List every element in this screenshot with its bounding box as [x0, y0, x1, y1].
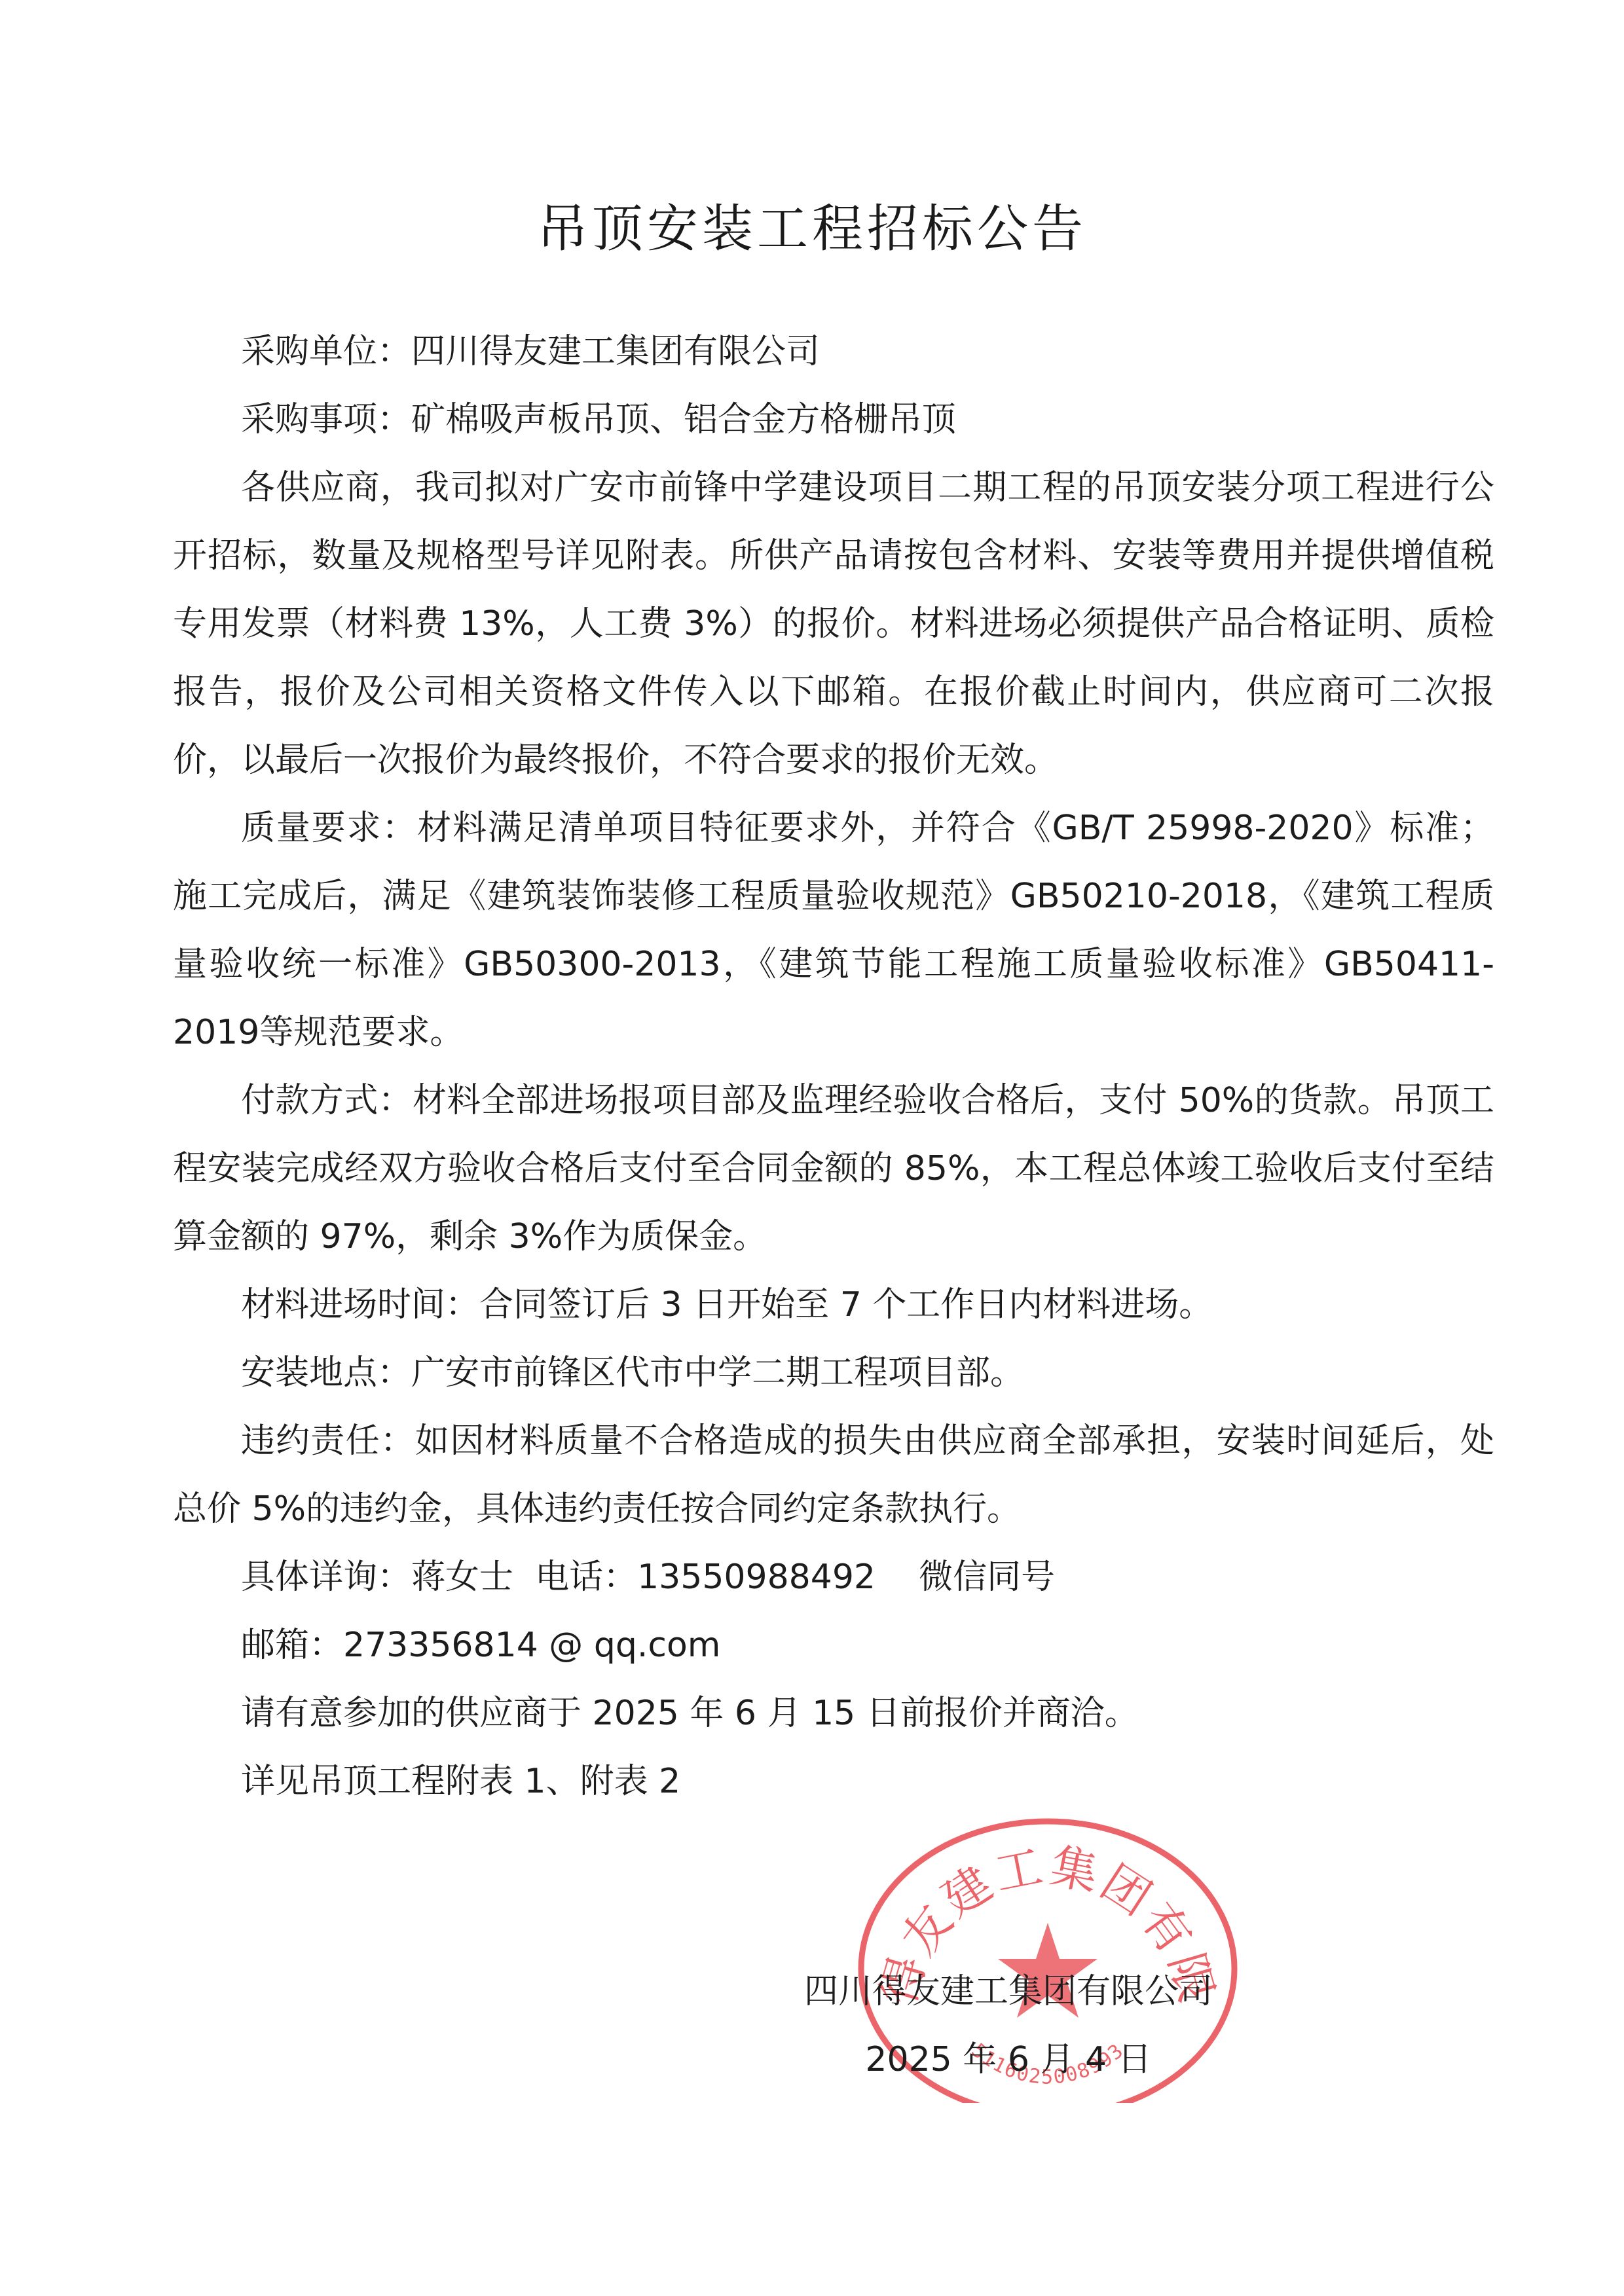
text-contact: 蒋女士 电话：13550988492 微信同号 [411, 1558, 1055, 1597]
paragraph-email: 邮箱：273356814 @ qq.com [173, 1611, 1494, 1679]
label-items: 采购事项： [241, 400, 411, 439]
paragraph-payment: 付款方式：材料全部进场报项目部及监理经验收合格后，支付 50%的货款。吊顶工程安… [173, 1066, 1494, 1271]
paragraph-intro: 各供应商，我司拟对广安市前锋中学建设项目二期工程的吊顶安装分项工程进行公开招标，… [173, 454, 1494, 794]
paragraph-liability: 违约责任：如因材料质量不合格造成的损失由供应商全部承担，安装时间延后，处总价 5… [173, 1407, 1494, 1543]
text-intro: 各供应商，我司拟对广安市前锋中学建设项目二期工程的吊顶安装分项工程进行公开招标，… [173, 468, 1494, 780]
document-page: 吊顶安装工程招标公告 采购单位：四川得友建工集团有限公司 采购事项：矿棉吸声板吊… [0, 0, 1624, 2296]
label-delivery: 材料进场时间： [241, 1285, 479, 1324]
label-liability: 违约责任： [241, 1421, 415, 1461]
signature-date: 2025 年 6 月 4 日 [779, 2026, 1238, 2094]
text-delivery: 合同签订后 3 日开始至 7 个工作日内材料进场。 [479, 1285, 1213, 1324]
signature-block: 四川得友建工集团有限公司 2025 年 6 月 4 日 [779, 1958, 1238, 2094]
paragraph-purchaser: 采购单位：四川得友建工集团有限公司 [173, 318, 1494, 386]
label-contact: 具体详询： [241, 1558, 411, 1597]
label-quality: 质量要求： [241, 809, 417, 848]
document-title: 吊顶安装工程招标公告 [0, 193, 1624, 265]
text-attachments: 详见吊顶工程附表 1、附表 2 [241, 1762, 680, 1801]
text-items: 矿棉吸声板吊顶、铝合金方格栅吊顶 [411, 400, 956, 439]
signature-company: 四川得友建工集团有限公司 [779, 1958, 1238, 2026]
paragraph-delivery: 材料进场时间：合同签订后 3 日开始至 7 个工作日内材料进场。 [173, 1271, 1494, 1339]
text-deadline: 请有意参加的供应商于 2025 年 6 月 15 日前报价并商洽。 [241, 1694, 1139, 1733]
paragraph-items: 采购事项：矿棉吸声板吊顶、铝合金方格栅吊顶 [173, 386, 1494, 454]
document-body: 采购单位：四川得友建工集团有限公司 采购事项：矿棉吸声板吊顶、铝合金方格栅吊顶 … [173, 318, 1494, 1815]
paragraph-location: 安装地点：广安市前锋区代市中学二期工程项目部。 [173, 1339, 1494, 1407]
paragraph-contact: 具体详询：蒋女士 电话：13550988492 微信同号 [173, 1543, 1494, 1611]
paragraph-quality: 质量要求：材料满足清单项目特征要求外，并符合《GB/T 25998-2020》标… [173, 794, 1494, 1066]
paragraph-attachments: 详见吊顶工程附表 1、附表 2 [173, 1747, 1494, 1815]
label-purchaser: 采购单位： [241, 332, 411, 371]
text-email: 273356814 @ qq.com [343, 1626, 720, 1665]
text-purchaser: 四川得友建工集团有限公司 [411, 332, 820, 371]
paragraph-deadline: 请有意参加的供应商于 2025 年 6 月 15 日前报价并商洽。 [173, 1679, 1494, 1747]
label-email: 邮箱： [241, 1626, 343, 1665]
text-location: 广安市前锋区代市中学二期工程项目部。 [411, 1353, 1024, 1393]
label-location: 安装地点： [241, 1353, 411, 1393]
label-payment: 付款方式： [241, 1081, 413, 1120]
